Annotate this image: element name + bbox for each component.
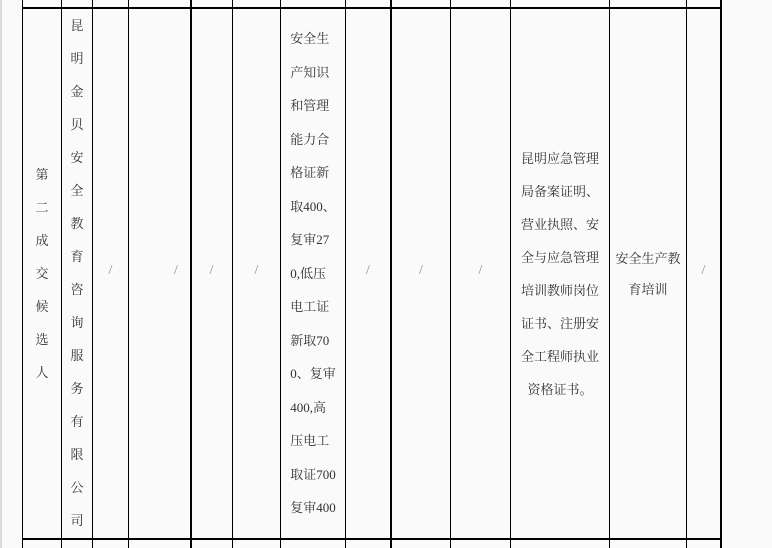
slash-value: /: [109, 264, 113, 284]
qualification-documents-cell: 昆明应急管理 局备案证明、 营业执照、安 全与应急管理 培训教师岗位 证书、注册…: [511, 9, 609, 538]
slash-cell-7: /: [451, 9, 510, 538]
slash-cell-2: /: [129, 9, 190, 538]
document-page: 第二成交候选人 昆明金贝安全教育咨询服务有限公司 / / / / 安全生 产知识…: [0, 0, 772, 548]
service-scope-text: 安全生产教 育培训: [615, 243, 680, 305]
fee-details-text: 安全生 产知识 和管理 能力合 格证新 取400、 复审27 0,低压 电工证 …: [284, 22, 342, 525]
slash-cell-3: /: [191, 9, 232, 538]
slash-cell-8: /: [687, 9, 720, 538]
slash-cell-5: /: [346, 9, 390, 538]
slash-value: /: [702, 264, 706, 284]
slash-value: /: [419, 264, 423, 284]
slash-value: /: [141, 264, 178, 284]
slash-value: /: [366, 264, 370, 284]
rank-label: 第二成交候选人: [35, 158, 50, 389]
grid-line-horizontal-row-bottom: [22, 538, 721, 540]
slash-value: /: [210, 264, 214, 284]
service-scope-cell: 安全生产教 育培训: [610, 9, 686, 538]
rank-cell: 第二成交候选人: [23, 9, 61, 538]
qualification-documents-text: 昆明应急管理 局备案证明、 营业执照、安 全与应急管理 培训教师岗位 证书、注册…: [512, 142, 608, 406]
slash-cell-6: /: [392, 9, 450, 538]
slash-value: /: [255, 264, 259, 284]
slash-cell-1: /: [93, 9, 128, 538]
company-name: 昆明金贝安全教育咨询服务有限公司: [70, 9, 85, 537]
grid-line-vertical-table-right-edge: [720, 0, 722, 548]
bid-result-table: 第二成交候选人 昆明金贝安全教育咨询服务有限公司 / / / / 安全生 产知识…: [0, 0, 772, 548]
fee-details-cell: 安全生 产知识 和管理 能力合 格证新 取400、 复审27 0,低压 电工证 …: [281, 9, 345, 538]
slash-cell-4: /: [233, 9, 280, 538]
company-cell: 昆明金贝安全教育咨询服务有限公司: [62, 9, 92, 538]
slash-value: /: [479, 264, 483, 284]
